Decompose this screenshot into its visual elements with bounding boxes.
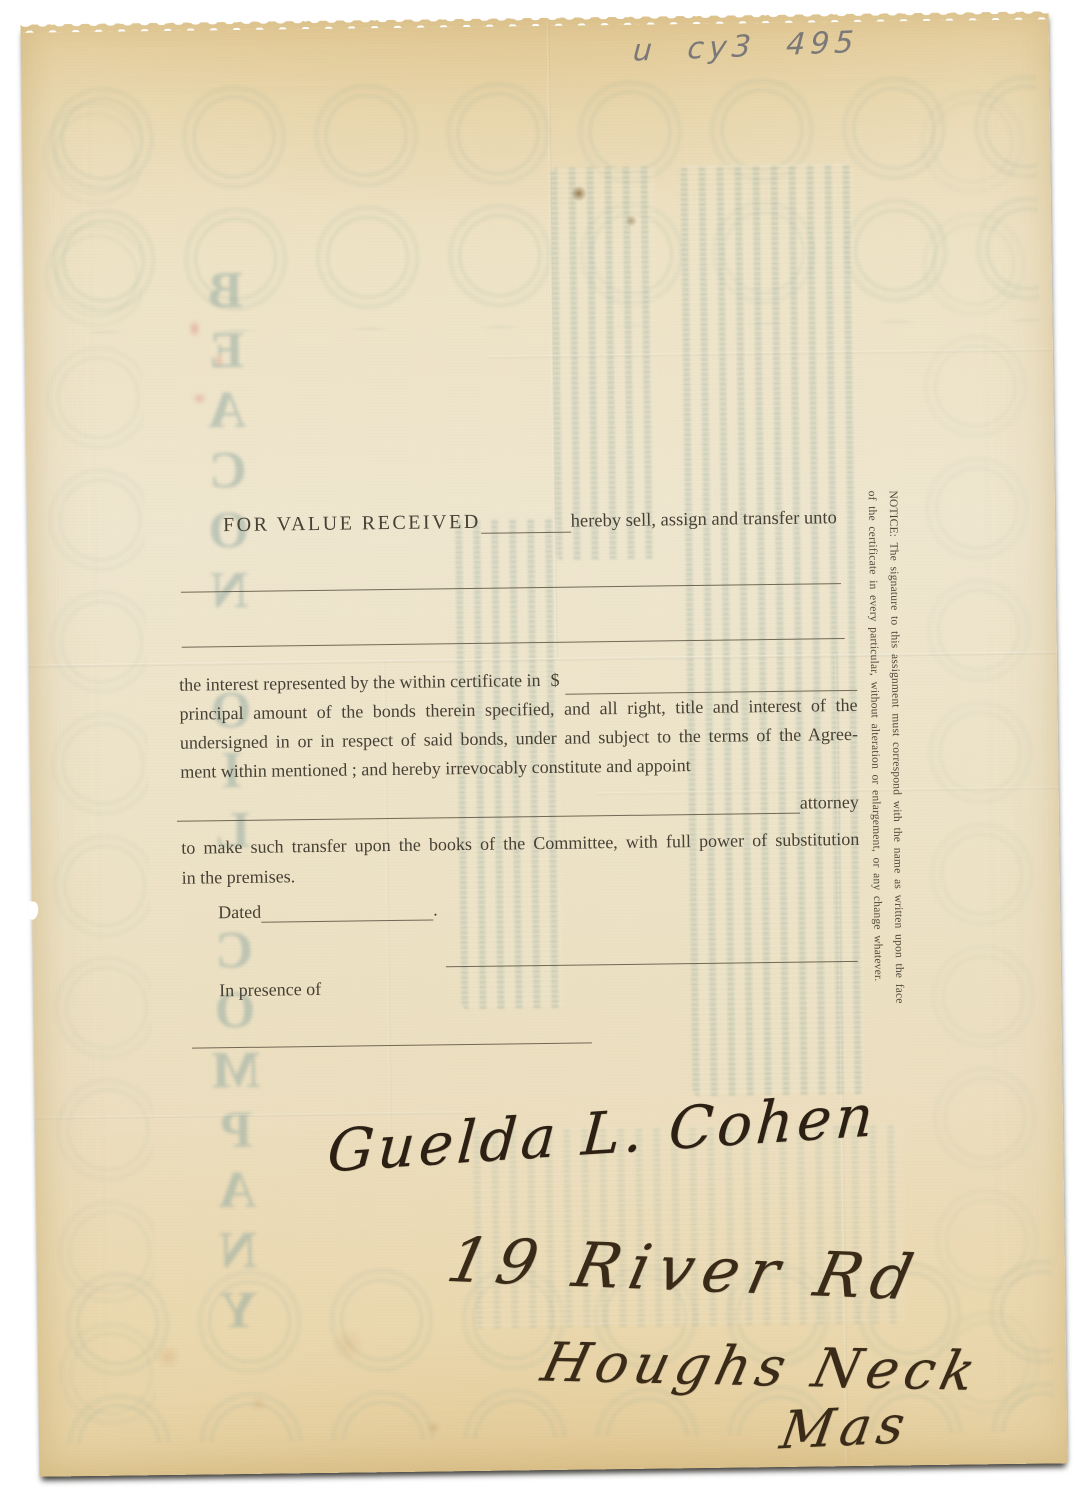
witness-blank-line bbox=[192, 1023, 592, 1048]
assignee-blank-line-2 bbox=[181, 621, 844, 648]
opening-rest-text: hereby sell, assign and transfer unto bbox=[571, 508, 837, 532]
for-value-received-label: FOR VALUE RECEIVED bbox=[223, 511, 481, 537]
deckled-top-edge bbox=[17, 5, 1051, 33]
attorney-row: attorney bbox=[177, 792, 859, 822]
stain-spot bbox=[571, 185, 587, 201]
stain-spot bbox=[625, 215, 637, 227]
dollar-sign: $ bbox=[550, 666, 559, 695]
dated-row: Dated. bbox=[218, 899, 438, 923]
dated-period: . bbox=[433, 899, 438, 920]
date-blank-line bbox=[261, 899, 433, 922]
owner-signature-handwriting: Guelda L. Cohen bbox=[325, 1081, 879, 1185]
dated-label: Dated bbox=[218, 902, 261, 924]
fold-crease bbox=[546, 18, 557, 658]
ghost-text-column bbox=[550, 167, 659, 560]
signature-blank-line bbox=[446, 942, 858, 967]
guilloche-band-left bbox=[29, 93, 157, 1434]
edge-notch bbox=[27, 901, 39, 920]
amount-blank-line bbox=[565, 662, 857, 695]
guilloche-band-top bbox=[36, 66, 1039, 334]
pencil-inventory-note: u cy3 495 bbox=[632, 25, 860, 69]
assignment-opening-line: FOR VALUE RECEIVEDhereby sell, assign an… bbox=[223, 506, 863, 537]
transfer-clause: to make such transfer upon the books of … bbox=[181, 825, 860, 893]
attorney-label: attorney bbox=[800, 792, 859, 814]
blank-fill-line bbox=[481, 510, 571, 534]
address-handwriting-line-2: Houghs Neck bbox=[536, 1331, 987, 1403]
attorney-blank-line bbox=[177, 793, 800, 822]
guilloche-band-right bbox=[906, 81, 1054, 1423]
assignee-blank-line-1 bbox=[181, 566, 841, 593]
signature-notice-vertical: NOTICE: The signature to this assignment… bbox=[861, 490, 911, 1065]
foxing-stains bbox=[127, 1309, 489, 1454]
fold-crease bbox=[488, 348, 1053, 358]
assignment-paragraph: the interest represented by the within c… bbox=[179, 662, 858, 787]
certificate-back-scan: BEACON OIL COMPANY u cy3 495 FOR VALUE R… bbox=[21, 11, 1068, 1476]
paragraph-line-1-text: the interest represented by the within c… bbox=[179, 666, 541, 700]
in-presence-of-label: In presence of bbox=[219, 979, 321, 1001]
address-handwriting-line-1: 19 River Rd bbox=[441, 1223, 928, 1314]
address-handwriting-line-3: Mas bbox=[776, 1395, 915, 1462]
